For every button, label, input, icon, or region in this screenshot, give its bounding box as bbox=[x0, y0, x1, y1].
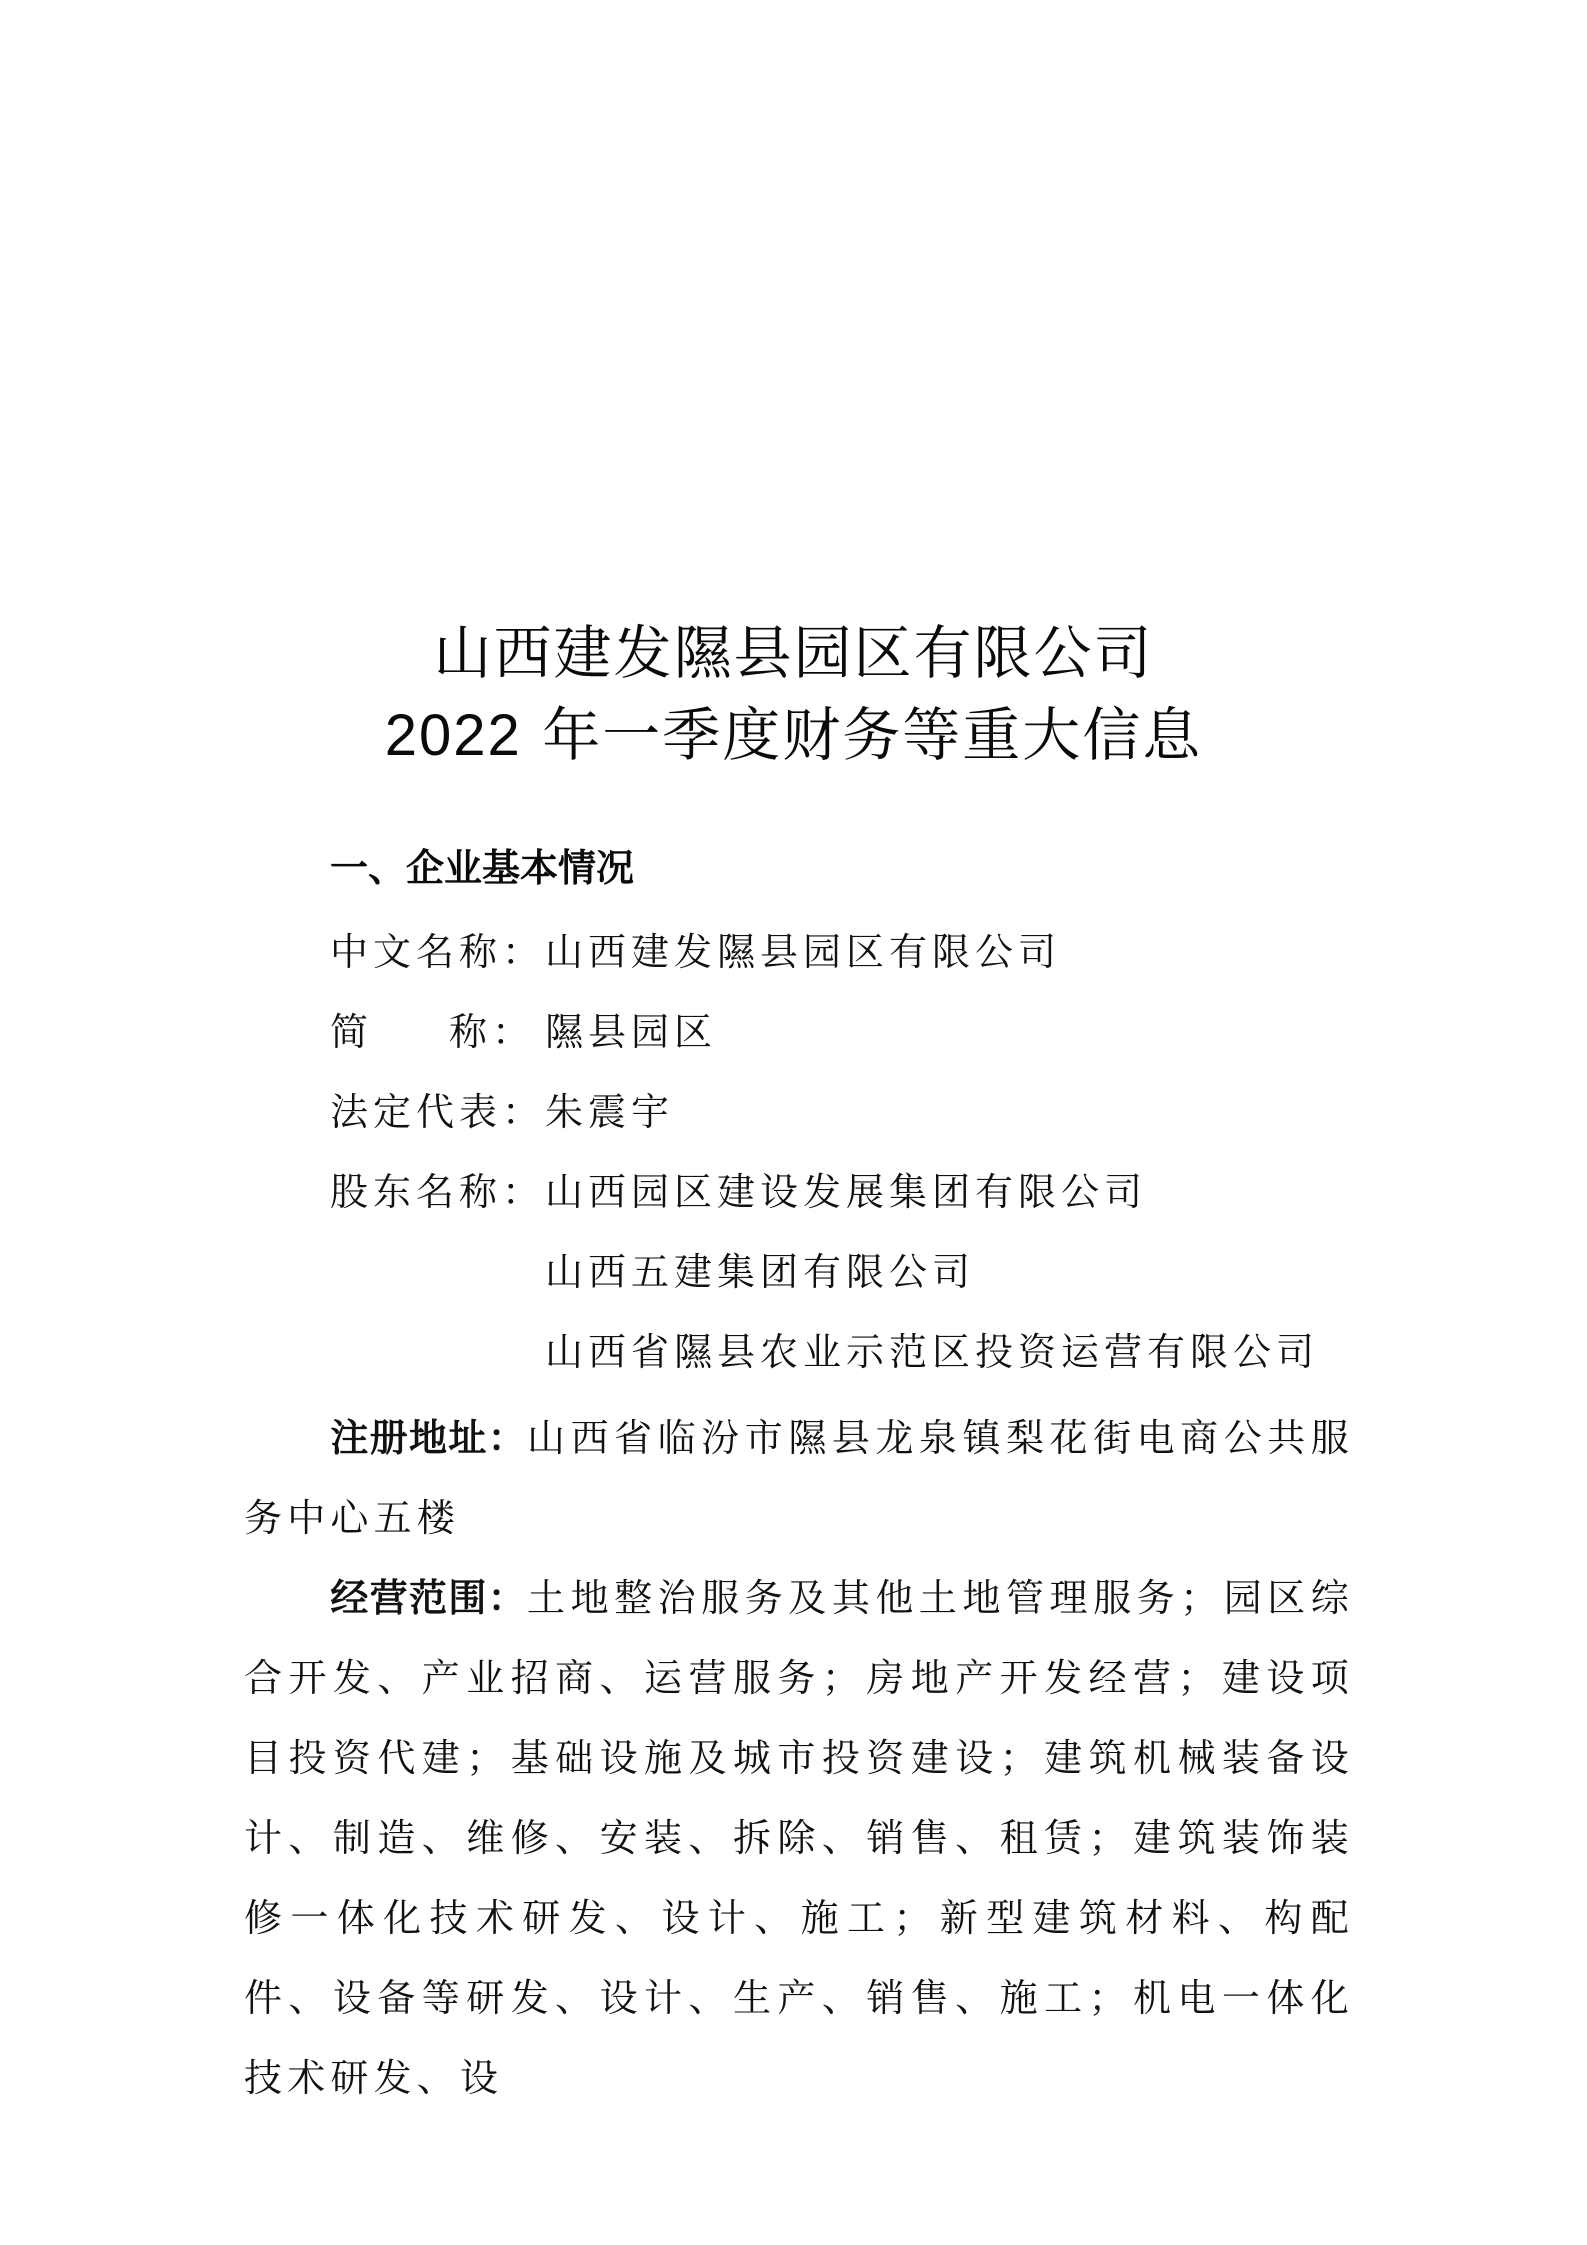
field-business-scope: 经营范围：土地整治服务及其他土地管理服务；园区综合开发、产业招商、运营服务；房地… bbox=[244, 1558, 1354, 2118]
field-legal-representative: 法定代表：朱震宇 bbox=[330, 1084, 674, 1140]
field-shareholders: 股东名称：山西园区建设发展集团有限公司 bbox=[330, 1164, 1147, 1220]
field-label: 注册地址： bbox=[330, 1416, 527, 1460]
field-registered-address: 注册地址：山西省临汾市隰县龙泉镇梨花街电商公共服务中心五楼 bbox=[244, 1398, 1354, 1558]
section-heading-basic-info: 一、企业基本情况 bbox=[330, 840, 634, 896]
field-label: 经营范围： bbox=[330, 1576, 527, 1620]
field-chinese-name: 中文名称：山西建发隰县园区有限公司 bbox=[330, 924, 1061, 980]
field-label: 中文名称： bbox=[330, 924, 545, 980]
field-label-part: 简 bbox=[330, 1004, 373, 1060]
field-label-part: 称： bbox=[449, 1004, 535, 1060]
shareholder-item: 山西省隰县农业示范区投资运营有限公司 bbox=[545, 1324, 1319, 1380]
field-label: 股东名称： bbox=[330, 1164, 545, 1220]
document-title: 山西建发隰县园区有限公司 2022 年一季度财务等重大信息 bbox=[0, 612, 1587, 777]
field-label: 法定代表： bbox=[330, 1084, 545, 1140]
title-line-report: 2022 年一季度财务等重大信息 bbox=[0, 694, 1587, 777]
field-label: 简称： bbox=[330, 1004, 545, 1060]
field-value: 山西建发隰县园区有限公司 bbox=[545, 930, 1061, 974]
field-value: 朱震宇 bbox=[545, 1090, 674, 1134]
shareholder-item: 山西五建集团有限公司 bbox=[545, 1244, 975, 1300]
title-report-name: 年一季度财务等重大信息 bbox=[522, 701, 1202, 769]
title-year: 2022 bbox=[385, 703, 522, 768]
title-line-company: 山西建发隰县园区有限公司 bbox=[0, 612, 1587, 694]
document-page: 山西建发隰县园区有限公司 2022 年一季度财务等重大信息 一、企业基本情况 中… bbox=[0, 0, 1587, 2245]
field-value: 隰县园区 bbox=[545, 1010, 717, 1054]
field-short-name: 简称：隰县园区 bbox=[330, 1004, 717, 1060]
field-value: 土地整治服务及其他土地管理服务；园区综合开发、产业招商、运营服务；房地产开发经营… bbox=[244, 1576, 1354, 2100]
shareholder-item: 山西园区建设发展集团有限公司 bbox=[545, 1170, 1147, 1214]
